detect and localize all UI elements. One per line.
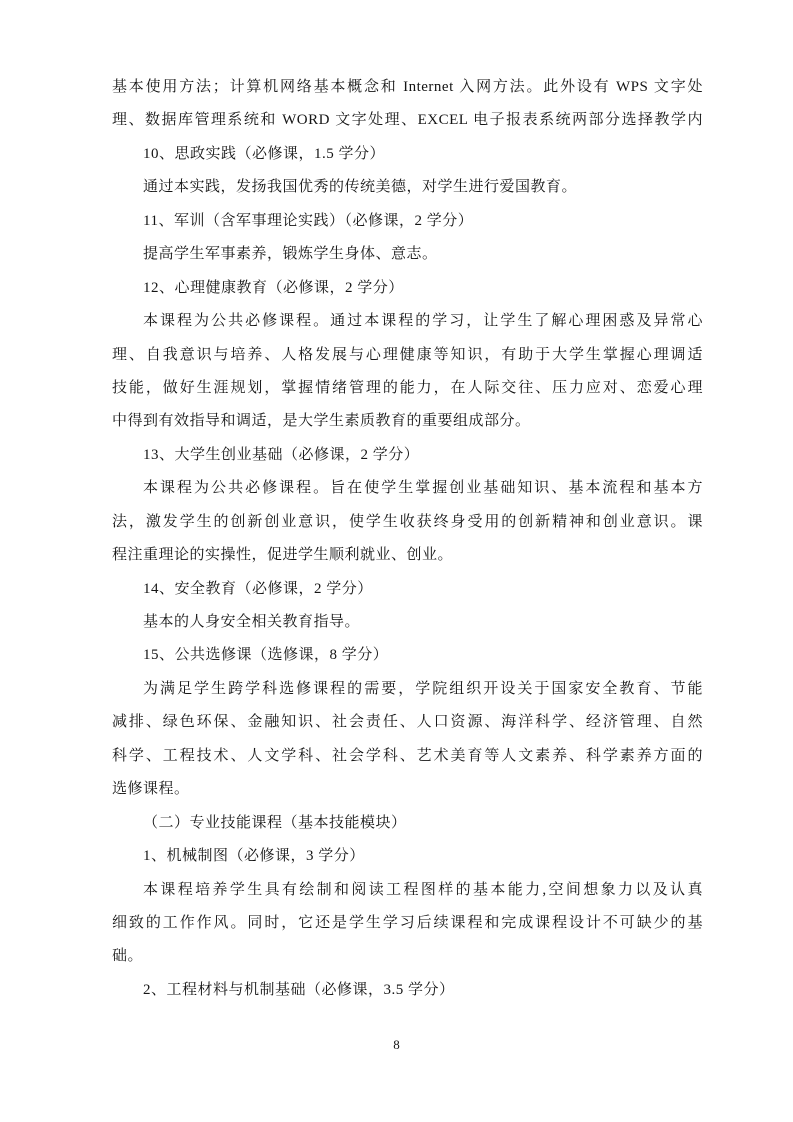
text-line: 本课程为公共必修课程。通过本课程的学习，让学生了解心理困惑及异常心: [112, 305, 703, 338]
text-line: 础。: [112, 940, 703, 973]
text-line: 中得到有效指导和调适，是大学生素质教育的重要组成部分。: [112, 405, 703, 438]
text-line: 基本使用方法；计算机网络基本概念和 Internet 入网方法。此外设有 WPS…: [112, 71, 703, 104]
text-line: 程注重理论的实操性，促进学生顺利就业、创业。: [112, 539, 703, 572]
page-number: 8: [0, 1034, 793, 1056]
text-line: 法，激发学生的创新创业意识，使学生收获终身受用的创新精神和创业意识。课: [112, 506, 703, 539]
text-line: 选修课程。: [112, 773, 703, 806]
text-line: 2、工程材料与机制基础（必修课，3.5 学分）: [112, 974, 703, 1007]
text-line: 14、安全教育（必修课，2 学分）: [112, 573, 703, 606]
text-line: 理、数据库管理系统和 WORD 文字处理、EXCEL 电子报表系统两部分选择教学…: [112, 104, 703, 137]
text-line: 本课程为公共必修课程。旨在使学生掌握创业基础知识、基本流程和基本方: [112, 472, 703, 505]
text-line: 通过本实践，发扬我国优秀的传统美德，对学生进行爱国教育。: [112, 171, 703, 204]
document-page: 基本使用方法；计算机网络基本概念和 Internet 入网方法。此外设有 WPS…: [0, 0, 793, 1122]
text-line: 理、自我意识与培养、人格发展与心理健康等知识，有助于大学生掌握心理调适: [112, 339, 703, 372]
text-line: 为满足学生跨学科选修课程的需要，学院组织开设关于国家安全教育、节能: [112, 673, 703, 706]
text-line: 细致的工作作风。同时，它还是学生学习后续课程和完成课程设计不可缺少的基: [112, 907, 703, 940]
text-line: 13、大学生创业基础（必修课，2 学分）: [112, 439, 703, 472]
text-line: 科学、工程技术、人文学科、社会学科、艺术美育等人文素养、科学素养方面的: [112, 740, 703, 773]
text-line: 技能，做好生涯规划，掌握情绪管理的能力，在人际交往、压力应对、恋爱心理: [112, 372, 703, 405]
text-line: 1、机械制图（必修课，3 学分）: [112, 840, 703, 873]
text-line: 减排、绿色环保、金融知识、社会责任、人口资源、海洋科学、经济管理、自然: [112, 706, 703, 739]
text-line: 11、军训（含军事理论实践）（必修课，2 学分）: [112, 205, 703, 238]
text-line: 15、公共选修课（选修课，8 学分）: [112, 639, 703, 672]
text-line: 10、思政实践（必修课，1.5 学分）: [112, 138, 703, 171]
text-line: 提高学生军事素养，锻炼学生身体、意志。: [112, 238, 703, 271]
text-line: 基本的人身安全相关教育指导。: [112, 606, 703, 639]
text-line: （二）专业技能课程（基本技能模块）: [112, 807, 703, 840]
text-line: 12、心理健康教育（必修课，2 学分）: [112, 272, 703, 305]
document-body: 基本使用方法；计算机网络基本概念和 Internet 入网方法。此外设有 WPS…: [112, 71, 703, 1007]
text-line: 本课程培养学生具有绘制和阅读工程图样的基本能力,空间想象力以及认真: [112, 874, 703, 907]
